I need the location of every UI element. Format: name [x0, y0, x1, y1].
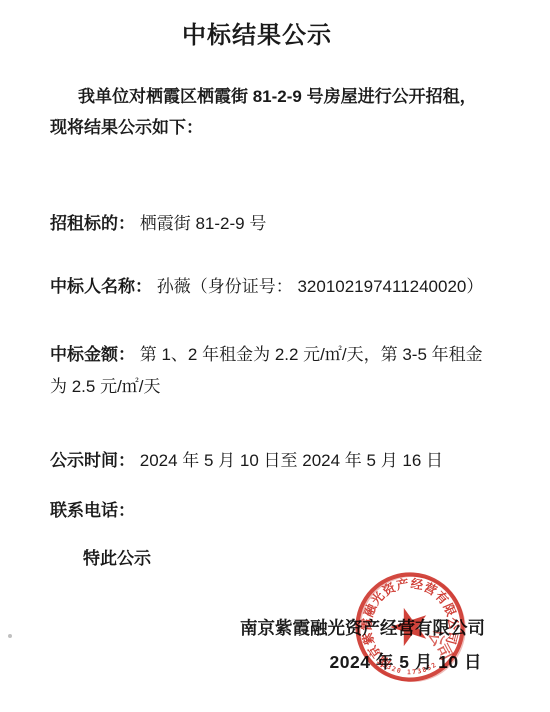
publicity-period-label: 公示时间：	[50, 451, 135, 470]
bid-amount-label: 中标金额：	[50, 345, 135, 364]
rental-subject-label: 招租标的：	[50, 214, 135, 233]
bid-amount-value-line2: 为 2.5 元/㎡/天	[50, 376, 161, 398]
winner-name-label: 中标人名称：	[50, 277, 152, 296]
field-contact-phone: 联系电话：	[50, 500, 135, 522]
bid-amount-value-line1: 第 1、2 年租金为 2.2 元/㎡/天，第 3-5 年租金	[140, 345, 483, 364]
field-bid-amount: 中标金额： 第 1、2 年租金为 2.2 元/㎡/天，第 3-5 年租金	[50, 344, 483, 366]
field-publicity-period: 公示时间： 2024 年 5 月 10 日至 2024 年 5 月 16 日	[50, 450, 443, 472]
rental-subject-value: 栖霞街 81-2-9 号	[140, 214, 267, 233]
signature-date: 2024 年 5 月 10 日	[330, 649, 482, 674]
contact-phone-label: 联系电话：	[50, 501, 135, 520]
signature-company-name: 南京紫霞融光资产经营有限公司	[240, 615, 485, 640]
closing-statement: 特此公示	[83, 548, 151, 570]
intro-line-2: 现将结果公示如下：	[50, 117, 203, 139]
publicity-period-value: 2024 年 5 月 10 日至 2024 年 5 月 16 日	[140, 451, 443, 470]
intro-line-1: 我单位对栖霞区栖霞街 81-2-9 号房屋进行公开招租，	[78, 86, 477, 108]
document-page: 中标结果公示 我单位对栖霞区栖霞街 81-2-9 号房屋进行公开招租， 现将结果…	[0, 0, 550, 712]
winner-name-value: 孙薇（身份证号： 320102197411240020）	[157, 277, 484, 296]
page-title: 中标结果公示	[0, 15, 532, 50]
field-winner-name: 中标人名称： 孙薇（身份证号： 320102197411240020）	[50, 276, 483, 298]
scan-artifact	[8, 634, 12, 638]
field-rental-subject: 招租标的： 栖霞街 81-2-9 号	[50, 213, 266, 235]
